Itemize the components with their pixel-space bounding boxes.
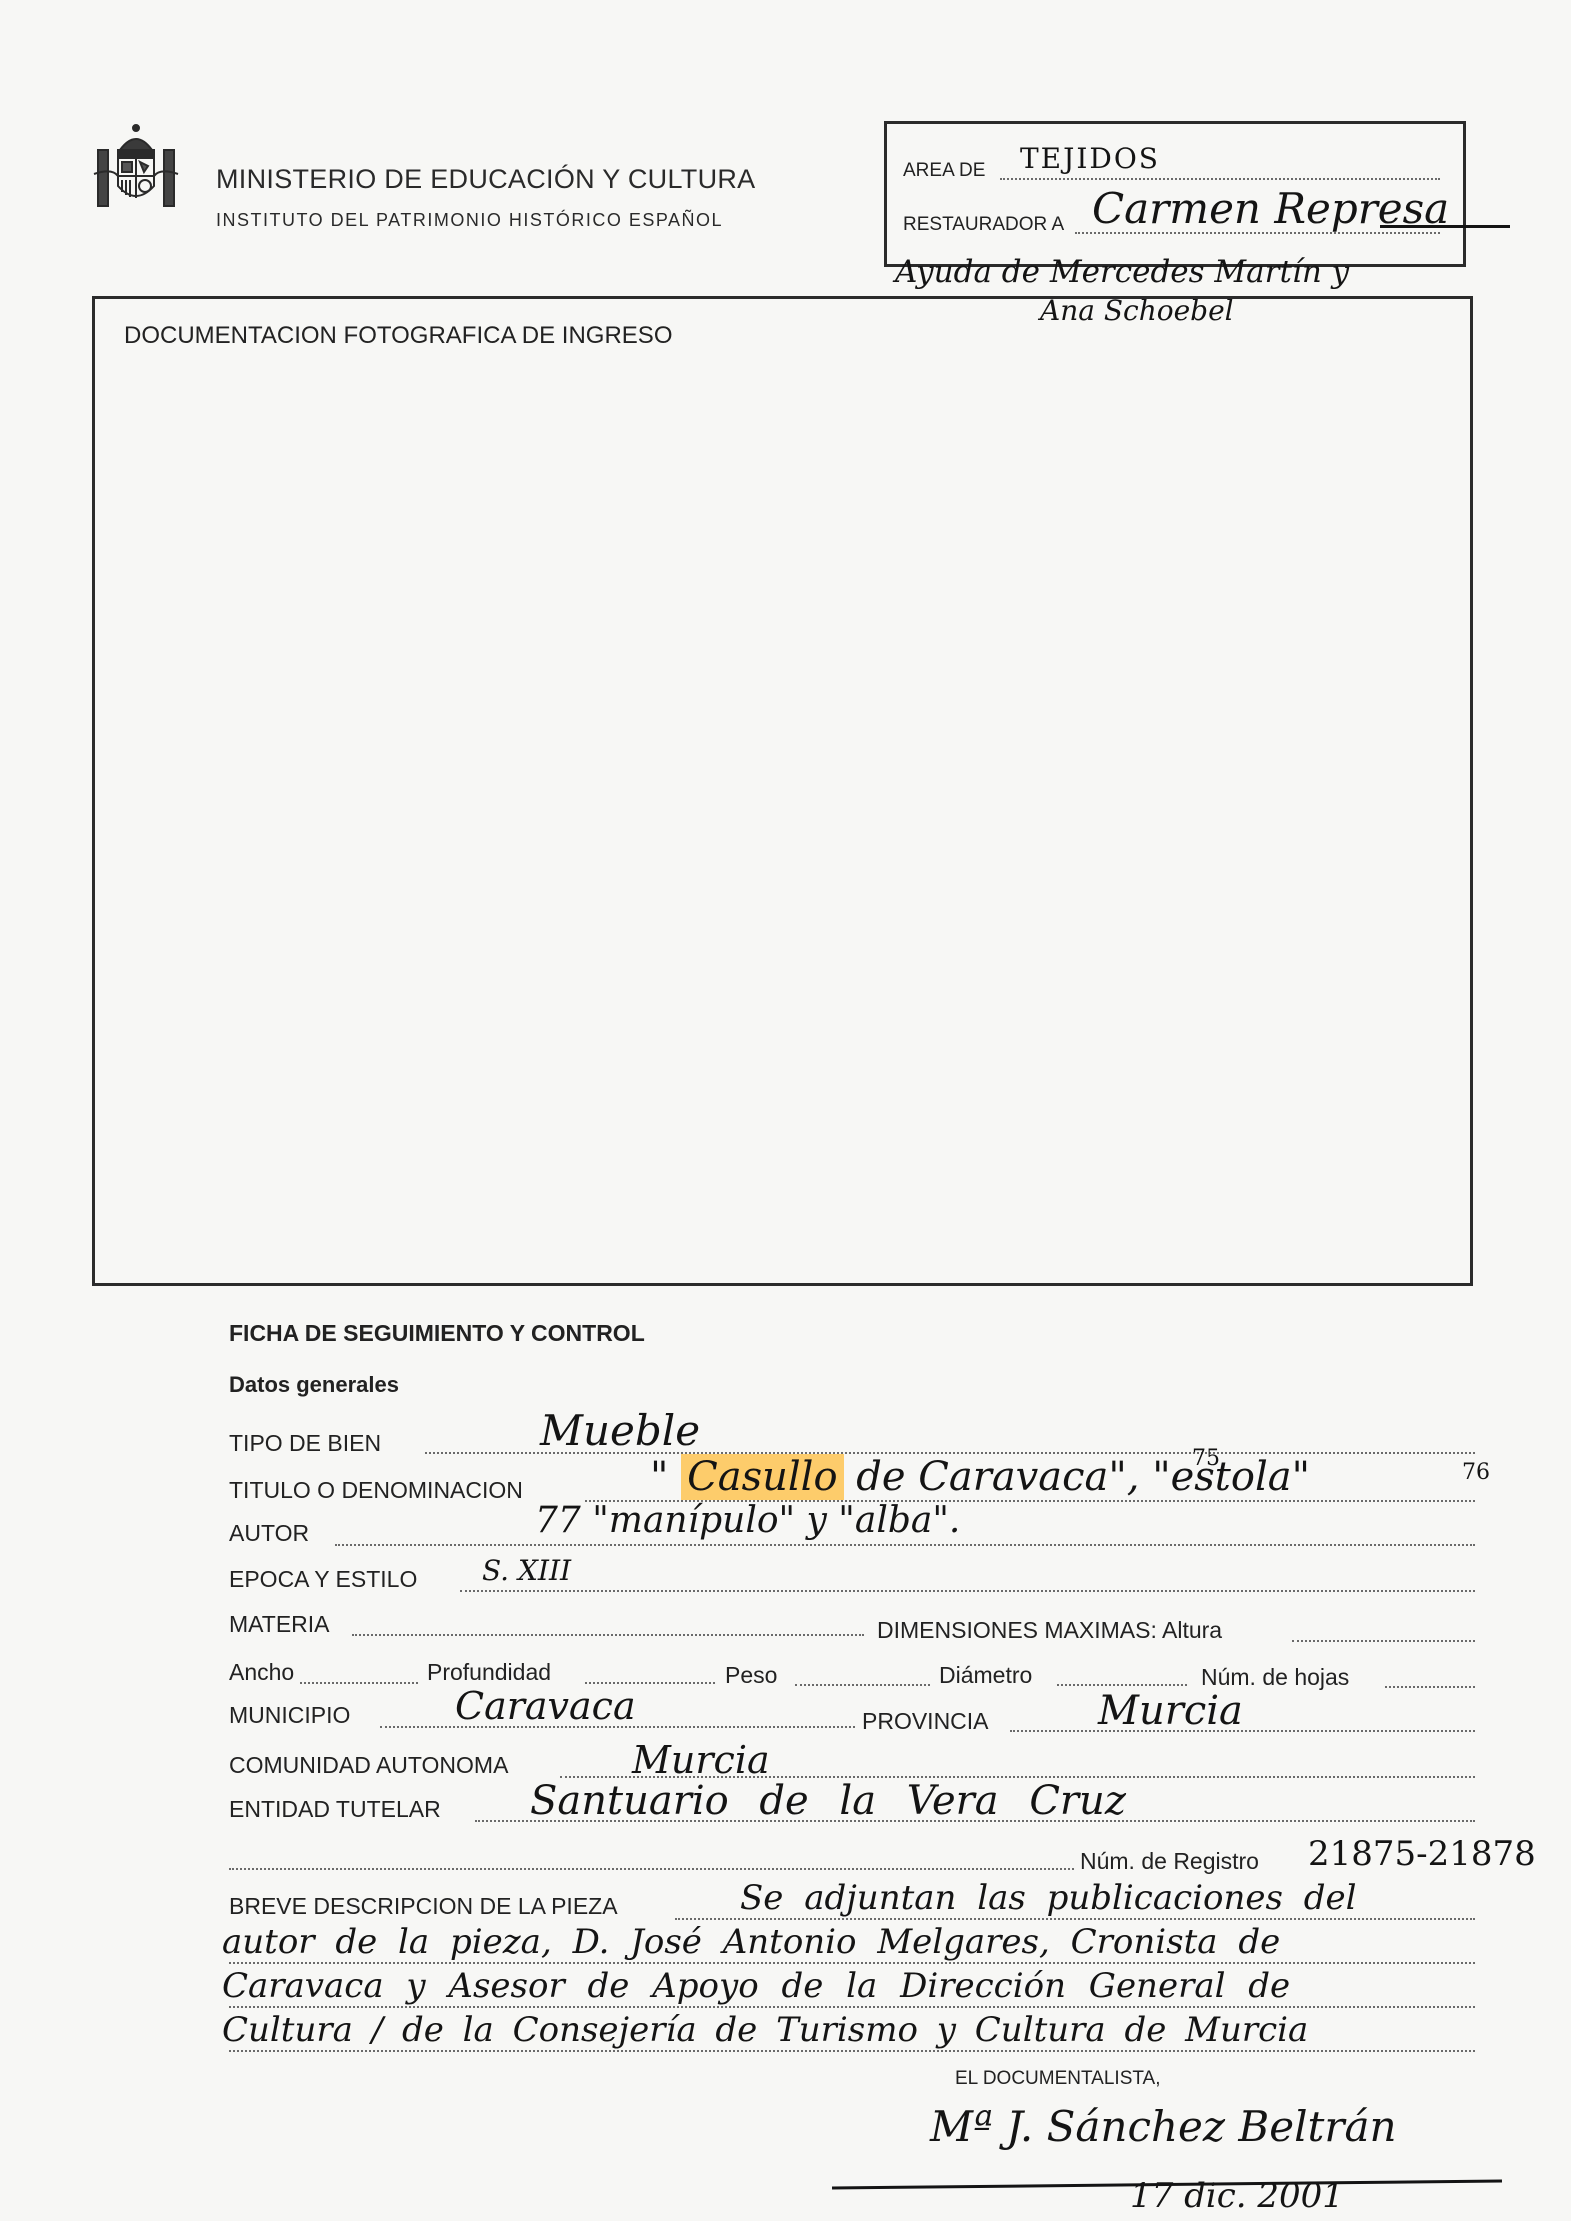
documentalista-signature: Mª J. Sánchez Beltrán bbox=[930, 2102, 1397, 2151]
titulo-quote: " bbox=[650, 1454, 668, 1500]
epoca-label: EPOCA Y ESTILO bbox=[229, 1566, 417, 1593]
entidad-label: ENTIDAD TUTELAR bbox=[229, 1796, 441, 1823]
descripcion-text-4[interactable]: Cultura / de la Consejería de Turismo y … bbox=[222, 2010, 1308, 2050]
entidad-value[interactable]: Santuario de la Vera Cruz bbox=[530, 1778, 1126, 1824]
descripcion-text-3[interactable]: Caravaca y Asesor de Apoyo de la Direcci… bbox=[222, 1966, 1290, 2006]
restaurador-underline bbox=[1380, 225, 1510, 228]
dimensiones-label: DIMENSIONES MAXIMAS: Altura bbox=[877, 1617, 1222, 1644]
photo-section-title: DOCUMENTACION FOTOGRAFICA DE INGRESO bbox=[124, 322, 672, 350]
ficha-title: FICHA DE SEGUIMIENTO Y CONTROL bbox=[229, 1320, 645, 1347]
profundidad-label: Profundidad bbox=[427, 1659, 551, 1686]
ministry-emblem bbox=[92, 120, 180, 210]
autor-label: AUTOR bbox=[229, 1520, 309, 1547]
diametro-line[interactable] bbox=[1057, 1684, 1187, 1686]
titulo-rest: de Caravaca", "estola" bbox=[856, 1454, 1310, 1500]
autor-value[interactable]: 77 "manípulo" y "alba". bbox=[535, 1500, 960, 1541]
autor-line bbox=[335, 1544, 1475, 1546]
peso-line[interactable] bbox=[795, 1684, 930, 1686]
institute-name: INSTITUTO DEL PATRIMONIO HISTÓRICO ESPAÑ… bbox=[216, 210, 723, 231]
registro-value[interactable]: 21875-21878 bbox=[1308, 1834, 1536, 1874]
provincia-label: PROVINCIA bbox=[862, 1708, 989, 1735]
descripcion-text-1[interactable]: Se adjuntan las publicaciones del bbox=[740, 1878, 1357, 1918]
ancho-line[interactable] bbox=[300, 1682, 418, 1684]
diametro-label: Diámetro bbox=[939, 1662, 1032, 1689]
epoca-line bbox=[460, 1590, 1475, 1592]
titulo-label: TITULO O DENOMINACION bbox=[229, 1477, 523, 1504]
area-label: AREA DE bbox=[903, 160, 985, 182]
num-hojas-line[interactable] bbox=[1385, 1686, 1475, 1688]
titulo-highlighted-word: Casullo bbox=[681, 1454, 843, 1500]
descripcion-line-2 bbox=[229, 1962, 1475, 1964]
registro-leader-line bbox=[229, 1868, 1074, 1870]
peso-label: Peso bbox=[725, 1662, 777, 1689]
descripcion-line-1 bbox=[675, 1918, 1475, 1920]
restaurador-label: RESTAURADOR A bbox=[903, 214, 1064, 236]
area-line bbox=[1000, 178, 1440, 180]
ancho-label: Ancho bbox=[229, 1659, 294, 1686]
epoca-value[interactable]: S. XIII bbox=[482, 1554, 571, 1587]
titulo-note-75: 75 bbox=[1192, 1446, 1220, 1471]
descripcion-line-3 bbox=[229, 2006, 1475, 2008]
documentalista-label: EL DOCUMENTALISTA, bbox=[955, 2068, 1161, 2090]
spanish-coat-of-arms-icon bbox=[92, 120, 180, 210]
num-hojas-label: Núm. de hojas bbox=[1201, 1664, 1349, 1691]
municipio-value[interactable]: Caravaca bbox=[455, 1684, 636, 1728]
tipo-de-bien-label: TIPO DE BIEN bbox=[229, 1430, 381, 1457]
ministry-name: MINISTERIO DE EDUCACIÓN Y CULTURA bbox=[216, 164, 755, 195]
municipio-label: MUNICIPIO bbox=[229, 1702, 350, 1729]
materia-label: MATERIA bbox=[229, 1611, 330, 1638]
descripcion-line-4 bbox=[229, 2050, 1475, 2052]
restaurador-note-line1: Ayuda de Mercedes Martín y bbox=[895, 254, 1349, 290]
photo-documentation-box[interactable] bbox=[92, 296, 1473, 1286]
materia-line[interactable] bbox=[352, 1634, 864, 1636]
area-value[interactable]: TEJIDOS bbox=[1020, 142, 1160, 175]
documentalista-date: 17 dic. 2001 bbox=[1130, 2176, 1344, 2216]
descripcion-text-2[interactable]: autor de la pieza, D. José Antonio Melga… bbox=[222, 1922, 1280, 1962]
titulo-note-76: 76 bbox=[1462, 1460, 1490, 1485]
comunidad-label: COMUNIDAD AUTONOMA bbox=[229, 1752, 508, 1779]
descripcion-label: BREVE DESCRIPCION DE LA PIEZA bbox=[229, 1893, 618, 1920]
registro-label: Núm. de Registro bbox=[1080, 1848, 1259, 1875]
provincia-value[interactable]: Murcia bbox=[1098, 1688, 1243, 1734]
comunidad-value[interactable]: Murcia bbox=[632, 1738, 770, 1782]
ficha-subtitle: Datos generales bbox=[229, 1372, 399, 1398]
tipo-de-bien-value[interactable]: Mueble bbox=[540, 1406, 700, 1455]
altura-line[interactable] bbox=[1292, 1640, 1475, 1642]
